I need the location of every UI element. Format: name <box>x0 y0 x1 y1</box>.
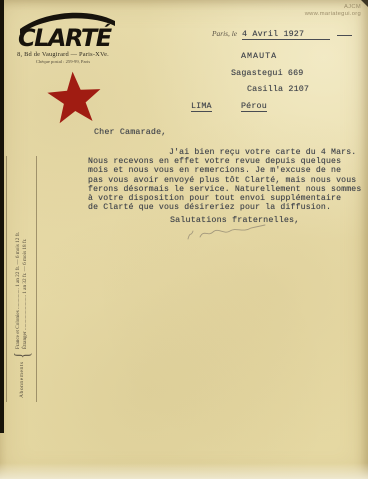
letter-body: J'ai bien reçu votre carte du 4 Mars. No… <box>88 148 361 212</box>
clarte-logo-art: CLARTÉ <box>16 8 120 52</box>
dateline-typed-date: 4 Avril 1927 <box>242 29 330 40</box>
archive-watermark: AJCM www.mariategui.org <box>305 4 361 18</box>
subscriptions-france-row: France et Colonies ................ 1 an… <box>15 232 22 349</box>
scan-corner-mark <box>361 0 368 7</box>
watermark-url: www.mariategui.org <box>305 11 361 18</box>
recipient-country: Pérou <box>241 101 267 112</box>
letterhead-address: 8, Bd de Vaugirard — Paris-XVe. <box>4 51 122 58</box>
postal-account-line: Chèque postal : 259-99, Paris <box>4 59 122 64</box>
scanned-letter-page: AJCM www.mariategui.org CLARTÉ 8, Bd de … <box>0 0 368 479</box>
letter-salutation: Cher Camarade, <box>94 127 166 137</box>
dateline-underline-segment <box>337 26 352 36</box>
subscriptions-brace: { <box>9 352 35 358</box>
recipient-po-box: Casilla 2107 <box>247 84 309 94</box>
red-star-icon <box>44 69 105 130</box>
watermark-abbr: AJCM <box>305 4 361 11</box>
recipient-city: LIMA <box>191 101 212 112</box>
clarte-logo: CLARTÉ <box>16 8 120 57</box>
subscriptions-label: Abonnements <box>19 361 25 398</box>
scan-left-edge <box>0 0 4 433</box>
handwritten-signature <box>180 221 272 247</box>
dateline: Paris, le 4 Avril 1927 <box>212 26 352 40</box>
subscriptions-etranger-row: Étranger ........................... 1 a… <box>22 232 29 349</box>
recipient-name: AMAUTA <box>241 51 277 61</box>
dateline-printed-prefix: Paris, le <box>212 29 237 38</box>
subscriptions-rows: France et Colonies ................ 1 an… <box>15 232 29 349</box>
logo-text: CLARTÉ <box>18 23 113 52</box>
recipient-street: Sagastegui 669 <box>231 68 303 78</box>
subscriptions-sidebar: Abonnements { France et Colonies .......… <box>6 156 37 402</box>
